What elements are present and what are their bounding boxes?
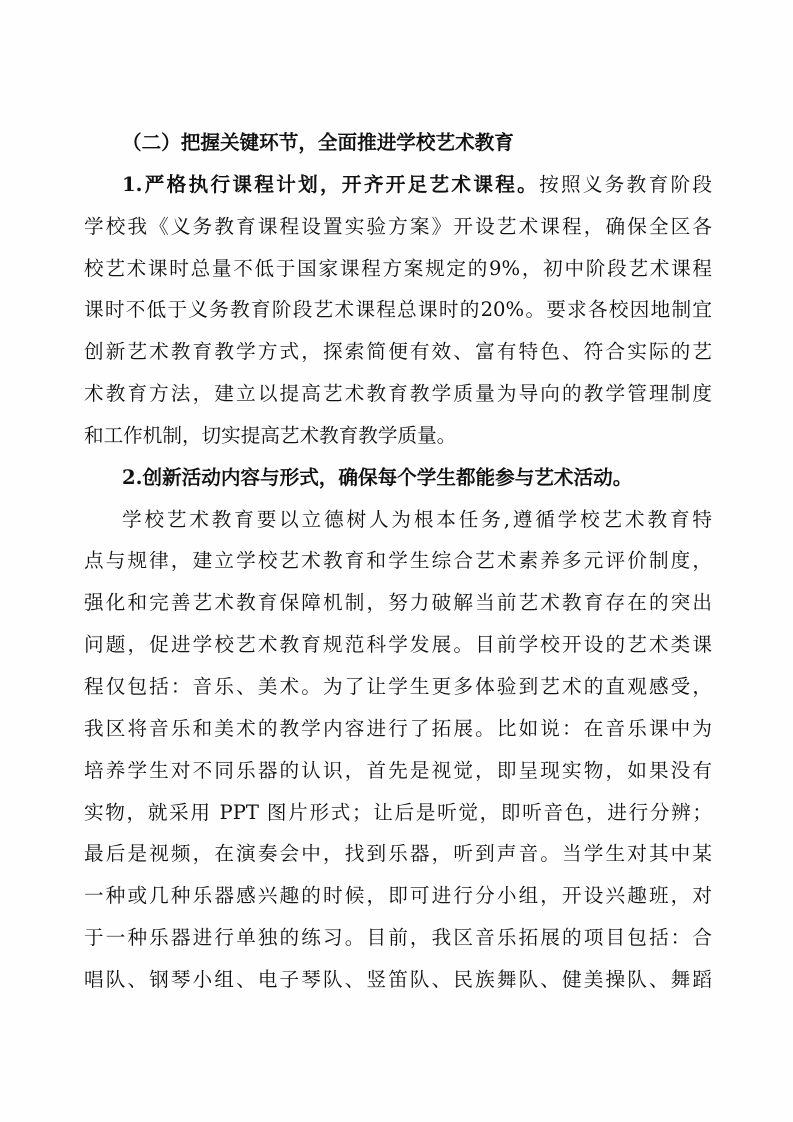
paragraph-line: 学校艺术教育要以立德树人为根本任务,遵循学校艺术教育特: [84, 499, 712, 541]
paragraph-line: 一种或几种乐器感兴趣的时候，即可进行分小组，开设兴趣班，对: [84, 875, 712, 917]
paragraph-line: 和工作机制，切实提高艺术教育教学质量。: [84, 415, 712, 457]
paragraph-line: 强化和完善艺术教育保障机制，努力破解当前艺术教育存在的突出: [84, 582, 712, 624]
paragraph-line: 唱队、钢琴小组、电子琴队、竖笛队、民族舞队、健美操队、舞蹈: [84, 959, 712, 1001]
document-page: （二）把握关键环节，全面推进学校艺术教育 1.严格执行课程计划，开齐开足艺术课程…: [84, 122, 712, 1001]
paragraph-line: 最后是视频，在演奏会中，找到乐器，听到声音。当学生对其中某: [84, 833, 712, 875]
paragraph-1-text: 按照义务教育阶段: [539, 173, 712, 196]
paragraph-line: 点与规律，建立学校艺术教育和学生综合艺术素养多元评价制度，: [84, 540, 712, 582]
subheading-2: 2.创新活动内容与形式，确保每个学生都能参与艺术活动。: [84, 457, 712, 499]
paragraph-1-lead: 1.严格执行课程计划，开齐开足艺术课程。: [122, 173, 539, 196]
paragraph-line: 培养学生对不同乐器的认识，首先是视觉，即呈现实物，如果没有: [84, 750, 712, 792]
paragraph-line: 课时不低于义务教育阶段艺术课程总课时的20%。要求各校因地制宜: [84, 289, 712, 331]
paragraph-line: 实物，就采用 PPT 图片形式；让后是听觉，即听音色，进行分辨；: [84, 792, 712, 834]
paragraph-line: 创新艺术教育教学方式，探索简便有效、富有特色、符合实际的艺: [84, 331, 712, 373]
paragraph-line: 于一种乐器进行单独的练习。目前，我区音乐拓展的项目包括：合: [84, 917, 712, 959]
paragraph-line: 我区将音乐和美术的教学内容进行了拓展。比如说：在音乐课中为: [84, 708, 712, 750]
section-heading: （二）把握关键环节，全面推进学校艺术教育: [84, 122, 712, 164]
paragraph-line: 学校我《义务教育课程设置实验方案》开设艺术课程，确保全区各: [84, 206, 712, 248]
paragraph-line: 术教育方法，建立以提高艺术教育教学质量为导向的教学管理制度: [84, 373, 712, 415]
paragraph-line: 问题，促进学校艺术教育规范科学发展。目前学校开设的艺术类课: [84, 624, 712, 666]
paragraph-line: 校艺术课时总量不低于国家课程方案规定的9%，初中阶段艺术课程: [84, 248, 712, 290]
paragraph-line: 程仅包括：音乐、美术。为了让学生更多体验到艺术的直观感受，: [84, 666, 712, 708]
paragraph-1-line-1: 1.严格执行课程计划，开齐开足艺术课程。按照义务教育阶段: [84, 164, 712, 206]
